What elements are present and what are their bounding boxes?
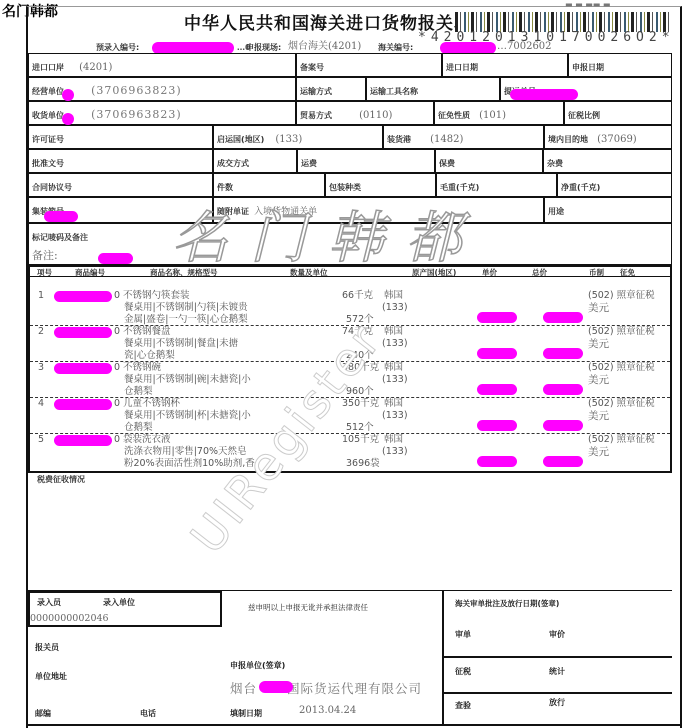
bottom-border bbox=[26, 724, 682, 726]
approval-row-divider-2 bbox=[442, 692, 672, 694]
redaction bbox=[98, 253, 133, 264]
record-no-label: 备案号 bbox=[300, 63, 324, 72]
item-origin-code: (133) bbox=[382, 410, 408, 422]
preentry-label: 预录入编号: bbox=[96, 43, 139, 53]
item-spec-1: 餐桌用|不锈钢制|碗|未搪瓷|小 bbox=[124, 374, 251, 386]
item-no: 5 bbox=[38, 434, 44, 446]
license-no-label: 许可证号 bbox=[32, 135, 64, 144]
import-date-cell: 进口日期 20130424 bbox=[442, 53, 568, 77]
record-no-cell: 备案号 bbox=[296, 53, 442, 77]
trade-mode-code: (0110) bbox=[359, 110, 392, 121]
redaction bbox=[477, 456, 517, 467]
import-port-label: 进口口岸 bbox=[32, 63, 64, 72]
approval-no-label: 批准文号 bbox=[32, 159, 64, 168]
item-currency: 美元 bbox=[588, 446, 609, 458]
misc-fee-cell: 杂费 bbox=[543, 149, 672, 173]
entry-clerk-label: 录入员 bbox=[37, 597, 61, 608]
item-origin-code: (133) bbox=[382, 374, 408, 386]
item-no: 1 bbox=[38, 290, 44, 302]
approval-divider bbox=[442, 591, 444, 726]
customs-approval-title: 海关审单批注及放行日期(签章) bbox=[455, 598, 559, 609]
redaction bbox=[477, 420, 517, 431]
watermark-main: 名门韩都 bbox=[172, 194, 484, 274]
item-name: 不锈钢勺筷套装 bbox=[123, 290, 190, 302]
declare-date-label: 申报日期 bbox=[572, 63, 604, 72]
barcode bbox=[455, 12, 670, 32]
item-no: 4 bbox=[38, 398, 44, 410]
pieces-label: 件数 bbox=[217, 183, 233, 192]
goods-header-cell: 征免 bbox=[620, 267, 635, 278]
item-origin: 韩国 bbox=[384, 434, 403, 446]
destination-cell: 境内目的地 (37069) 烟台其他 bbox=[544, 125, 672, 149]
loading-port-code: (1482) bbox=[430, 134, 463, 145]
redaction bbox=[54, 363, 112, 374]
customs-no-label: 海关编号: bbox=[378, 43, 413, 53]
freight-cell: 运费 bbox=[297, 149, 435, 173]
redaction bbox=[543, 420, 583, 431]
item-origin: 韩国 bbox=[384, 290, 403, 302]
operator-code: (3706963823) bbox=[91, 84, 182, 97]
customs-no-value: …7002602 bbox=[497, 41, 552, 53]
remarks-line1: 备注: bbox=[32, 249, 58, 262]
redaction bbox=[54, 291, 112, 302]
review-label: 审单 bbox=[455, 629, 471, 640]
item-name: 不锈钢碗 bbox=[123, 362, 161, 374]
redaction bbox=[62, 113, 74, 125]
item-code-suffix: 0 bbox=[114, 362, 120, 374]
item-currency-levy: (502) 照章征税 bbox=[588, 290, 655, 302]
import-port-code: (4201) bbox=[79, 62, 112, 73]
fill-date-value: 2013.04.24 bbox=[299, 705, 356, 717]
audit-label: 审价 bbox=[549, 629, 565, 640]
item-origin-code: (133) bbox=[382, 446, 408, 458]
item-currency: 美元 bbox=[588, 302, 609, 314]
tax-ratio-cell: 征税比例 bbox=[564, 101, 672, 125]
redaction bbox=[477, 348, 517, 359]
net-weight-cell: 净重(千克) 9235 bbox=[557, 173, 672, 197]
postcode-label: 邮编 bbox=[35, 708, 51, 719]
redaction bbox=[543, 384, 583, 395]
levy-nature-label: 征免性质 bbox=[438, 111, 470, 120]
entry-unit-label: 录入单位 bbox=[103, 597, 135, 608]
item-currency-levy: (502) 照章征税 bbox=[588, 398, 655, 410]
goods-header-divider bbox=[28, 276, 672, 277]
usage-label: 用途 bbox=[548, 207, 564, 216]
customs-broker-label: 报关员 bbox=[35, 642, 59, 653]
origin-country-cell: 启运国(地区) (133) 韩国 bbox=[213, 125, 383, 149]
origin-country-label: 启运国(地区) bbox=[217, 135, 264, 144]
redaction bbox=[44, 211, 78, 222]
levy-nature-cell: 征免性质 (101) 一般征税 bbox=[434, 101, 564, 125]
goods-header-cell: 商品编号 bbox=[75, 267, 105, 278]
declare-unit-suffix: 国际货运代理有限公司 bbox=[287, 681, 422, 696]
item-name: 儿童不锈钢杯 bbox=[123, 398, 180, 410]
unit-address-label: 单位地址 bbox=[35, 671, 67, 682]
destination-label: 境内目的地 bbox=[548, 135, 588, 144]
import-date-label: 进口日期 bbox=[446, 63, 478, 72]
insurance-cell: 保费 bbox=[435, 149, 543, 173]
remarks-label: 标记唛码及备注 bbox=[32, 233, 88, 242]
item-code-suffix: 0 bbox=[114, 290, 120, 302]
redaction bbox=[54, 327, 112, 338]
phone-label: 电话 bbox=[140, 708, 156, 719]
trade-mode-label: 贸易方式 bbox=[300, 111, 332, 120]
item-currency: 美元 bbox=[588, 374, 609, 386]
item-code-suffix: 0 bbox=[114, 398, 120, 410]
contract-no-label: 合同协议号 bbox=[32, 183, 72, 192]
top-right-stamp: ▬ ▬ ▬▬ ▬ bbox=[565, 0, 610, 9]
redaction bbox=[510, 89, 578, 100]
deal-mode-label: 成交方式 bbox=[217, 159, 249, 168]
approval-no-cell: 批准文号 bbox=[28, 149, 213, 173]
declaration-statement: 兹申明以上申报无讹并承担法律责任 bbox=[248, 602, 368, 613]
redaction bbox=[543, 312, 583, 323]
tax-section-label: 税费征收情况 bbox=[37, 475, 85, 485]
item-spec-1: 餐桌用|不锈钢制|餐盘|未搪 bbox=[124, 338, 238, 350]
transport-tool-label: 运输工具名称 bbox=[370, 87, 418, 96]
stats-label: 统计 bbox=[549, 666, 565, 677]
item-origin: 韩国 bbox=[384, 362, 403, 374]
redaction bbox=[477, 312, 517, 323]
goods-header-cell: 币制 bbox=[589, 267, 604, 278]
freight-label: 运费 bbox=[301, 159, 317, 168]
operator-label: 经营单位 bbox=[32, 87, 64, 96]
inspect-label: 查验 bbox=[455, 700, 471, 711]
levy-nature-code: (101) bbox=[479, 110, 506, 121]
loading-port-cell: 装货港 (1482) 仁川 bbox=[383, 125, 544, 149]
consignee-code: (3706963823) bbox=[91, 108, 182, 121]
item-code-suffix: 0 bbox=[114, 326, 120, 338]
declare-date-cell: 申报日期 20130425 bbox=[568, 53, 672, 77]
destination-code: (37069) bbox=[597, 134, 637, 145]
approval-row-divider-1 bbox=[442, 656, 672, 658]
item-origin: 韩国 bbox=[384, 398, 403, 410]
misc-fee-label: 杂费 bbox=[547, 159, 563, 168]
loading-port-label: 装货港 bbox=[387, 135, 411, 144]
item-qty-weight: 66千克 bbox=[342, 290, 373, 302]
fill-date-label: 填制日期 bbox=[230, 708, 262, 719]
item-name: 不锈钢餐盘 bbox=[123, 326, 171, 338]
transport-tool-cell: 运输工具名称 XIANG XUE LAN/3353 bbox=[366, 77, 500, 101]
redaction bbox=[54, 399, 112, 410]
declare-unit-prefix: 烟台 bbox=[230, 681, 257, 696]
import-port-cell: 进口口岸 (4201) 烟台海关 bbox=[28, 53, 296, 77]
redaction bbox=[477, 384, 517, 395]
release-label: 放行 bbox=[549, 697, 565, 708]
item-currency: 美元 bbox=[588, 338, 609, 350]
insurance-label: 保费 bbox=[439, 159, 455, 168]
item-currency-levy: (502) 照章征税 bbox=[588, 362, 655, 374]
item-name: 袋装洗衣液 bbox=[123, 434, 171, 446]
goods-header-cell: 总价 bbox=[532, 267, 547, 278]
item-currency-levy: (502) 照章征税 bbox=[588, 434, 655, 446]
redaction bbox=[54, 435, 112, 446]
redaction bbox=[543, 456, 583, 467]
declare-unit-label: 申报单位(签章) bbox=[230, 660, 285, 671]
item-spec-1: 餐桌用|不锈钢制|勺筷|未镀贵 bbox=[124, 302, 248, 314]
transport-mode-cell: 运输方式 水路运输 bbox=[296, 77, 366, 101]
item-origin-code: (133) bbox=[382, 302, 408, 314]
usage-cell: 用途 企业自用 bbox=[544, 197, 672, 223]
item-qty-count: 3696袋 bbox=[346, 458, 380, 470]
declare-port-label: 申报现场: bbox=[246, 43, 281, 53]
item-currency: 美元 bbox=[588, 410, 609, 422]
item-origin: 韩国 bbox=[384, 326, 403, 338]
item-qty-weight: 105千克 bbox=[342, 434, 379, 446]
goods-header-cell: 项号 bbox=[37, 267, 52, 278]
license-no-cell: 许可证号 bbox=[28, 125, 213, 149]
item-no: 2 bbox=[38, 326, 44, 338]
item-spec-1: 餐桌用|不锈钢制|杯|未搪瓷|小 bbox=[124, 410, 251, 422]
item-no: 3 bbox=[38, 362, 44, 374]
deal-mode-cell: 成交方式 CIF bbox=[213, 149, 297, 173]
gross-weight-label: 毛重(千克) bbox=[440, 183, 479, 192]
redaction bbox=[543, 348, 583, 359]
goods-header-cell: 单价 bbox=[482, 267, 497, 278]
consignee-label: 收货单位 bbox=[32, 111, 64, 120]
trade-mode-cell: 贸易方式 (0110) 一般贸易 bbox=[296, 101, 434, 125]
item-currency-levy: (502) 照章征税 bbox=[588, 326, 655, 338]
entry-unit-value: 0000000002046 bbox=[30, 613, 109, 625]
net-weight-label: 净重(千克) bbox=[561, 183, 600, 192]
item-code-suffix: 0 bbox=[114, 434, 120, 446]
origin-country-code: (133) bbox=[275, 134, 302, 145]
package-type-label: 包装种类 bbox=[329, 183, 361, 192]
redaction bbox=[259, 681, 293, 693]
item-spec-1: 洗涤衣物用|零售|70%天然皂 bbox=[124, 446, 247, 458]
tax-label: 征税 bbox=[455, 666, 471, 677]
declare-port-value: 烟台海关(4201) bbox=[288, 41, 361, 53]
transport-mode-label: 运输方式 bbox=[300, 87, 332, 96]
redaction bbox=[62, 89, 74, 101]
tax-ratio-label: 征税比例 bbox=[568, 111, 600, 120]
